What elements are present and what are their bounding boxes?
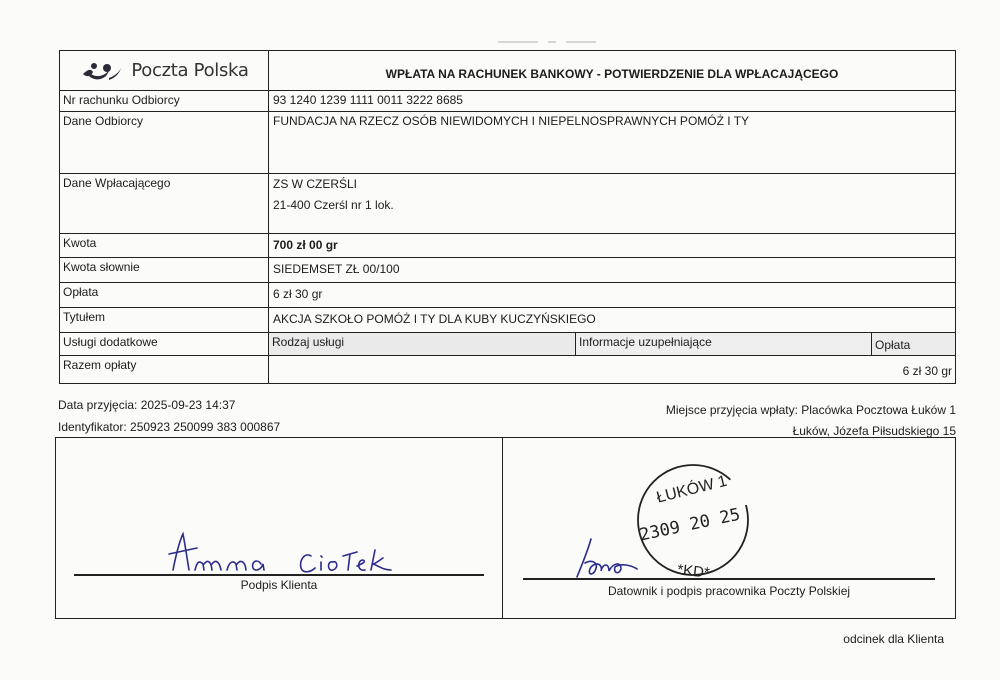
row-extra-services: Usługi dodatkowe Rodzaj usługi Informacj… bbox=[60, 332, 955, 355]
total-fees-label: Razem opłaty bbox=[60, 356, 269, 383]
fee-value: 6 zł 30 gr bbox=[269, 283, 955, 307]
title-value: AKCJA SZKOŁO POMÓŻ I TY DLA KUBY KUCZYŃS… bbox=[269, 308, 955, 332]
amount-label: Kwota bbox=[60, 234, 269, 257]
row-payer: Dane Wpłacającego ZS W CZERŚLI 21-400 Cz… bbox=[60, 173, 955, 233]
accepted-date: Data przyjęcia: 2025-09-23 14:37 bbox=[58, 398, 235, 412]
client-signature-caption: Podpis Klienta bbox=[56, 578, 502, 592]
clerk-signature-line bbox=[523, 578, 935, 580]
row-account: Nr rachunku Odbiorcy 93 1240 1239 1111 0… bbox=[60, 90, 955, 111]
title-label: Tytułem bbox=[60, 308, 269, 332]
row-amount-words: Kwota słownie SIEDEMSET ZŁ 00/100 bbox=[60, 257, 955, 282]
amount-words-value: SIEDEMSET ZŁ 00/100 bbox=[269, 258, 955, 282]
extra-services-columns: Rodzaj usługi Informacje uzupełniające O… bbox=[269, 333, 955, 355]
scan-artifact bbox=[498, 34, 718, 44]
row-amount: Kwota 700 zł 00 gr bbox=[60, 233, 955, 257]
extra-services-label: Usługi dodatkowe bbox=[60, 333, 269, 355]
clerk-stamp-area: ŁUKÓW 1 2309 20 25 *KD* Datownik i podpi… bbox=[503, 438, 955, 618]
brand-logo: Poczta Polska bbox=[60, 51, 269, 90]
payer-label: Dane Wpłacającego bbox=[60, 174, 269, 233]
row-title: Tytułem AKCJA SZKOŁO POMÓŻ I TY DLA KUBY… bbox=[60, 307, 955, 332]
amount-words-label: Kwota słownie bbox=[60, 258, 269, 282]
payer-value: ZS W CZERŚLI 21-400 Czerśl nr 1 lok. bbox=[269, 174, 955, 233]
form-title: WPŁATA NA RACHUNEK BANKOWY - POTWIERDZEN… bbox=[269, 51, 955, 90]
fee-label: Opłata bbox=[60, 283, 269, 307]
brand-name: Poczta Polska bbox=[131, 63, 248, 78]
clerk-signature-caption: Datownik i podpis pracownika Poczty Pols… bbox=[503, 584, 955, 598]
svg-text:ŁUKÓW 1: ŁUKÓW 1 bbox=[654, 471, 729, 507]
recipient-value: FUNDACJA NA RZECZ OSÓB NIEWIDOMYCH I NIE… bbox=[269, 112, 955, 173]
client-signature bbox=[161, 530, 421, 580]
client-signature-area: Podpis Klienta bbox=[56, 438, 503, 618]
row-total-fees: Razem opłaty 6 zł 30 gr bbox=[60, 355, 955, 383]
account-value: 93 1240 1239 1111 0011 3222 8685 bbox=[269, 91, 955, 111]
acceptance-place: Miejsce przyjęcia wpłaty: Placówka Poczt… bbox=[666, 403, 956, 417]
payer-address: 21-400 Czerśl nr 1 lok. bbox=[273, 195, 951, 216]
service-type-header: Rodzaj usługi bbox=[269, 333, 576, 355]
payer-name: ZS W CZERŚLI bbox=[273, 174, 951, 195]
service-fee-header: Opłata bbox=[872, 333, 955, 355]
clerk-signature bbox=[573, 533, 653, 583]
amount-value: 700 zł 00 gr bbox=[269, 234, 955, 257]
total-fees-value: 6 zł 30 gr bbox=[269, 356, 955, 383]
transaction-identifier: Identyfikator: 250923 250099 383 000867 bbox=[58, 420, 280, 434]
account-label: Nr rachunku Odbiorcy bbox=[60, 91, 269, 111]
client-signature-line bbox=[74, 574, 484, 576]
row-recipient: Dane Odbiorcy FUNDACJA NA RZECZ OSÓB NIE… bbox=[60, 111, 955, 173]
row-fee: Opłata 6 zł 30 gr bbox=[60, 282, 955, 307]
acceptance-address: Łuków, Józefa Piłsudskiego 15 bbox=[793, 424, 956, 438]
client-stub-label: odcinek dla Klienta bbox=[843, 632, 944, 646]
transfer-form-table: Poczta Polska WPŁATA NA RACHUNEK BANKOWY… bbox=[59, 50, 956, 384]
svg-text:2309 20 25: 2309 20 25 bbox=[638, 505, 742, 546]
service-info-header: Informacje uzupełniające bbox=[576, 333, 872, 355]
recipient-label: Dane Odbiorcy bbox=[60, 112, 269, 173]
poczta-polska-horn-icon bbox=[79, 60, 125, 82]
signature-section: Podpis Klienta ŁUKÓW 1 2309 20 25 *KD* D… bbox=[55, 437, 956, 619]
form-header: Poczta Polska WPŁATA NA RACHUNEK BANKOWY… bbox=[60, 51, 955, 90]
